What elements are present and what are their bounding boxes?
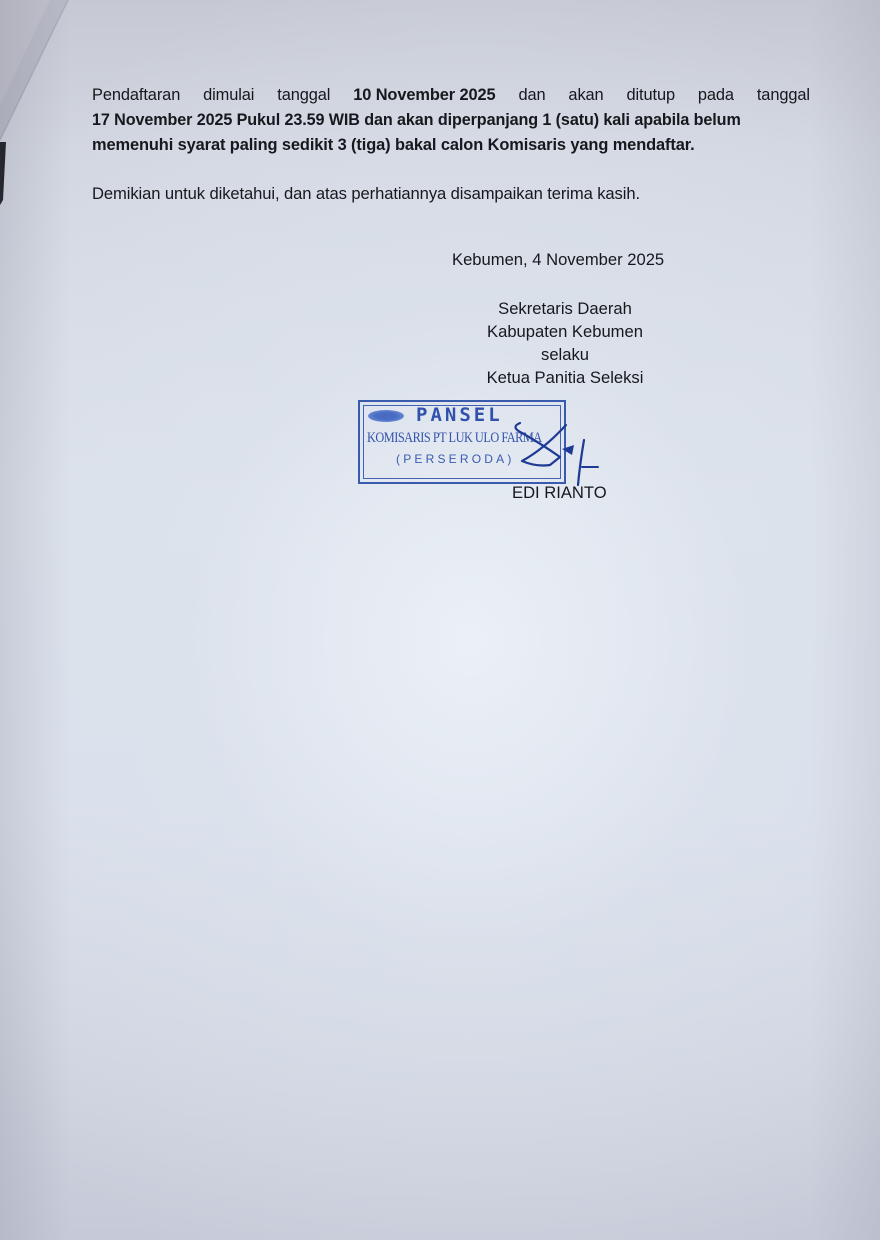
stamp-entity-type: (PERSERODA) <box>396 452 515 466</box>
signatory-title-line: Ketua Panitia Seleksi <box>470 366 660 389</box>
place-date: Kebumen, 4 November 2025 <box>452 248 664 271</box>
signatory-title-line: Kabupaten Kebumen <box>470 320 660 343</box>
registration-deadline-text: 17 November 2025 Pukul 23.59 WIB dan aka… <box>92 108 799 133</box>
official-stamp: PANSEL KOMISARIS PT LUK ULO FARMA (PERSE… <box>358 400 566 484</box>
text-word: tanggal <box>757 83 810 108</box>
stamp-title: PANSEL <box>416 404 503 426</box>
signatory-title: Sekretaris Daerah Kabupaten Kebumen sela… <box>470 297 660 389</box>
text-word: dan <box>518 83 545 108</box>
text-word: Pendaftaran <box>92 83 180 108</box>
closing-paragraph: Demikian untuk diketahui, dan atas perha… <box>92 181 810 206</box>
text-word: dimulai <box>203 83 254 108</box>
signatory-title-line: selaku <box>470 343 660 366</box>
signatory-title-line: Sekretaris Daerah <box>470 297 660 320</box>
stamp-organization: KOMISARIS PT LUK ULO FARMA <box>367 430 542 447</box>
text-word: pada <box>698 83 734 108</box>
text-word: akan <box>568 83 603 108</box>
extension-condition-text: memenuhi syarat paling sedikit 3 (tiga) … <box>92 133 810 158</box>
registration-start-date: 10 November 2025 <box>353 83 495 108</box>
stamp-logo-icon <box>368 410 404 422</box>
text-word: tanggal <box>277 83 330 108</box>
registration-paragraph: Pendaftaran dimulai tanggal 10 November … <box>92 83 810 158</box>
text-word: ditutup <box>626 83 675 108</box>
signatory-name: EDI RIANTO <box>512 483 607 503</box>
paragraph-line: Pendaftaran dimulai tanggal 10 November … <box>92 83 810 108</box>
